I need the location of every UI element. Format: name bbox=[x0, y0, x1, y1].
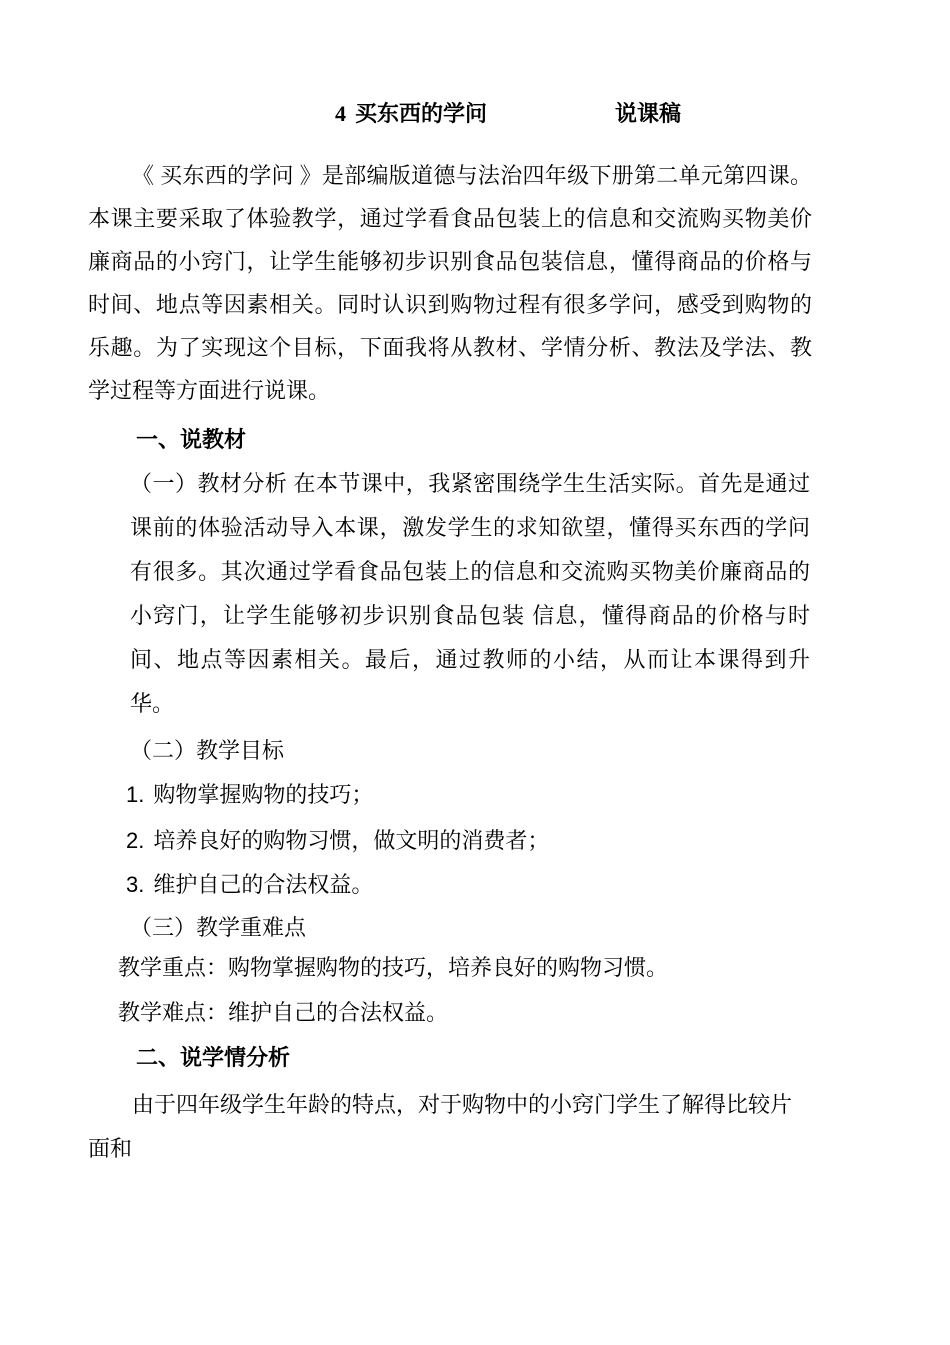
document-page: 4买东西的学问说课稿 《 买东西的学问 》是部编版道德与法治四年级下册第二单元第… bbox=[0, 0, 950, 1345]
intro-paragraph: 《 买东西的学问 》是部编版道德与法治四年级下册第二单元第四课。本课主要采取了体… bbox=[88, 154, 812, 412]
objective-number-1: 1. bbox=[126, 782, 144, 807]
objectives-heading: （二）教学目标 bbox=[130, 729, 812, 773]
objective-item-1: 1.购物掌握购物的技巧； bbox=[126, 773, 812, 817]
title-lesson-number: 4 bbox=[335, 101, 346, 126]
section-heading-teaching-material: 一、说教材 bbox=[136, 420, 812, 460]
title-main-text: 买东西的学问 bbox=[355, 101, 487, 126]
title-suffix-text: 说课稿 bbox=[615, 101, 681, 126]
document-title: 4买东西的学问说课稿 bbox=[335, 92, 812, 136]
difficult-point-line: 教学难点：维护自己的合法权益。 bbox=[118, 991, 812, 1035]
key-points-heading: （三）教学重难点 bbox=[130, 906, 812, 950]
objective-number-2: 2. bbox=[126, 828, 144, 853]
objective-text-3: 维护自己的合法权益。 bbox=[153, 872, 373, 897]
objective-item-3: 3.维护自己的合法权益。 bbox=[126, 863, 812, 907]
objective-text-2: 培养良好的购物习惯，做文明的消费者； bbox=[153, 828, 549, 853]
objective-item-2: 2.培养良好的购物习惯，做文明的消费者； bbox=[126, 819, 812, 863]
key-point-line: 教学重点：购物掌握购物的技巧，培养良好的购物习惯。 bbox=[118, 946, 812, 990]
section-heading-learner-analysis: 二、说学情分析 bbox=[136, 1036, 812, 1080]
learner-analysis-paragraph: 由于四年级学生年龄的特点，对于购物中的小窍门学生了解得比较片面和 bbox=[88, 1083, 812, 1171]
material-analysis-paragraph: （一）教材分析 在本节课中，我紧密围绕学生生活实际。首先是通过课前的体验活动导入… bbox=[130, 462, 810, 726]
objective-text-1: 购物掌握购物的技巧； bbox=[153, 782, 373, 807]
objective-number-3: 3. bbox=[126, 872, 144, 897]
